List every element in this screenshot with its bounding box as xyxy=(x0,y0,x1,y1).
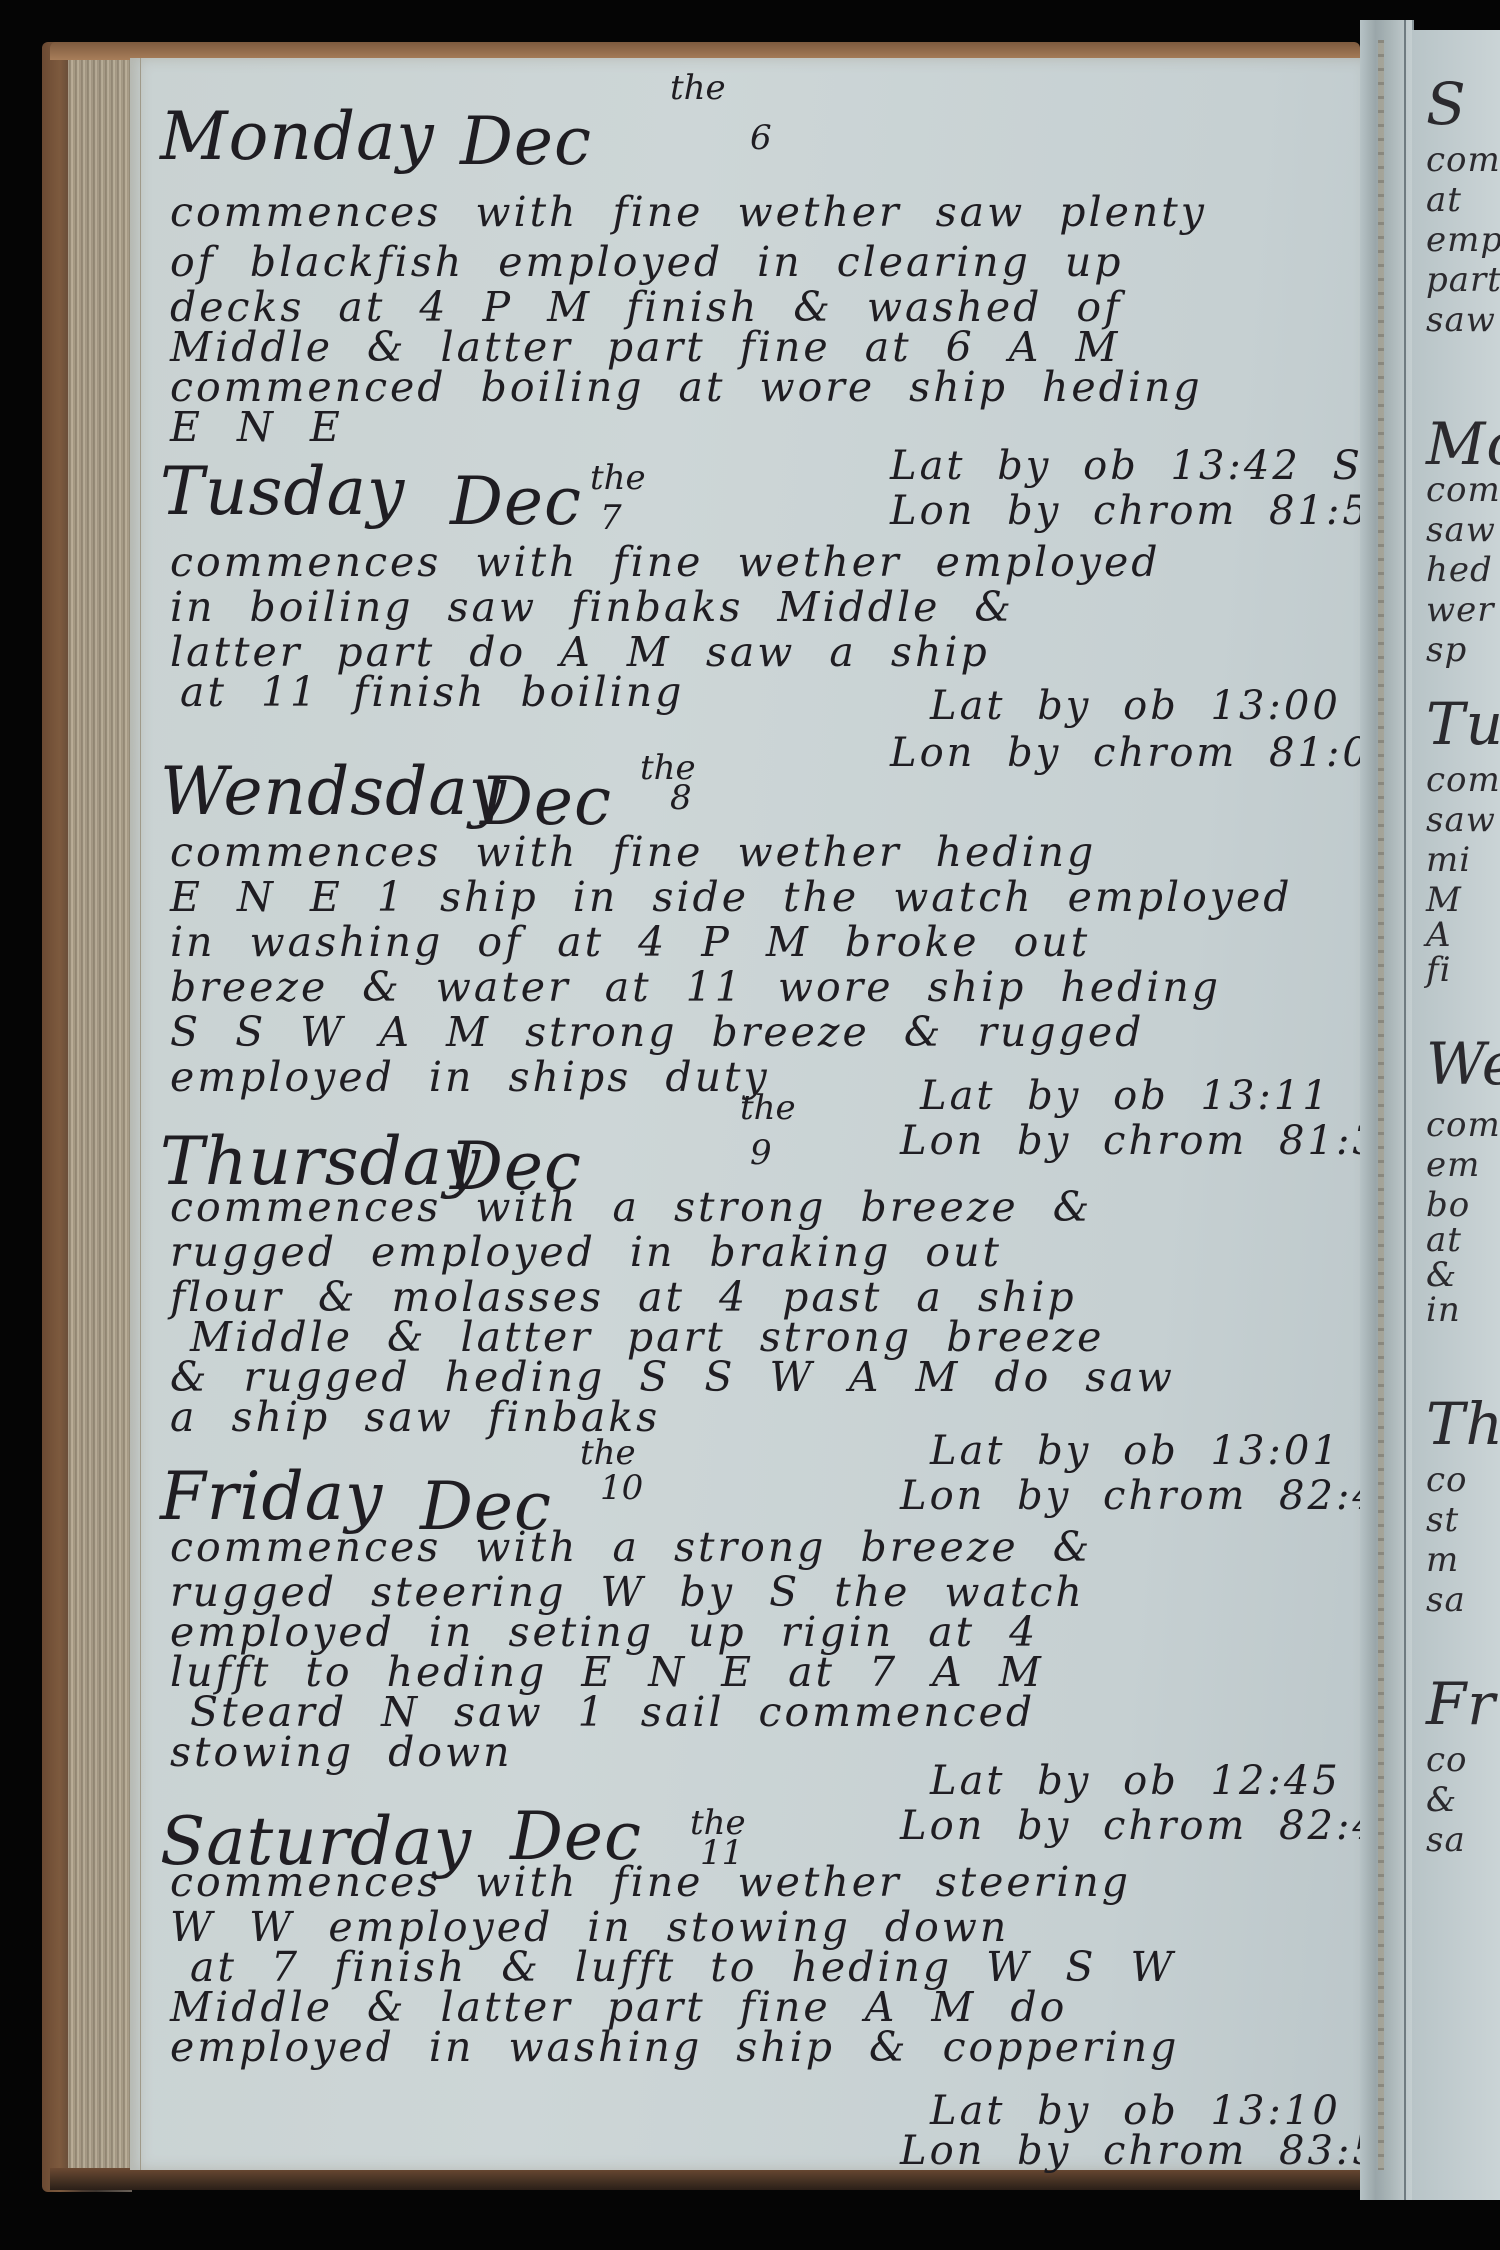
page-margin-rule xyxy=(140,58,141,2170)
entry-date-super: the xyxy=(670,68,726,108)
facing-text-fragment: part xyxy=(1426,260,1500,300)
entry-line: commences with a strong breeze & xyxy=(170,1183,1092,1231)
facing-text-fragment: saw xyxy=(1426,300,1496,340)
entry-date: 7 xyxy=(600,498,622,538)
position-longitude: Lon by chrom 81:03 xyxy=(890,730,1399,776)
facing-text-fragment: saw xyxy=(1426,510,1496,550)
facing-text-fragment: We xyxy=(1426,1030,1500,1098)
facing-text-fragment: bo xyxy=(1426,1185,1470,1225)
facing-text-fragment: hed xyxy=(1426,550,1493,590)
facing-text-fragment: comm xyxy=(1426,140,1500,180)
facing-text-fragment: in xyxy=(1426,1290,1461,1330)
facing-text-fragment: & xyxy=(1426,1255,1457,1295)
facing-text-fragment: sp xyxy=(1426,630,1467,670)
page-stack-edge xyxy=(68,56,138,2186)
facing-text-fragment: at xyxy=(1426,180,1462,220)
facing-text-fragment: wer xyxy=(1426,590,1494,630)
facing-text-fragment: com xyxy=(1426,1105,1500,1145)
entry-date: 6 xyxy=(750,118,772,158)
entry-day: Wendsday xyxy=(160,753,507,830)
position-longitude: Lon by chrom 82:48 xyxy=(900,1803,1409,1849)
facing-text-fragment: Mo xyxy=(1426,410,1500,478)
entry-line: employed in ships duty xyxy=(170,1053,770,1101)
gutter-fold-line xyxy=(1404,20,1406,2200)
facing-text-fragment: Tu xyxy=(1426,690,1500,758)
entry-date-super: the xyxy=(740,1088,796,1128)
facing-text-fragment: m xyxy=(1426,1540,1459,1580)
facing-text-fragment: S xyxy=(1426,70,1467,138)
position-latitude: Lat by ob 13:01 S xyxy=(930,1428,1403,1474)
entry-line: commences with fine wether heding xyxy=(170,828,1096,876)
entry-date-super: the xyxy=(580,1433,636,1473)
facing-text-fragment: mi xyxy=(1426,840,1471,880)
entry-line: commences with fine wether employed xyxy=(170,538,1160,586)
entry-line: S S W A M strong breeze & rugged xyxy=(170,1008,1144,1056)
entry-line: rugged employed in braking out xyxy=(170,1228,1002,1276)
entry-date: 9 xyxy=(750,1133,772,1173)
position-latitude: Lat by ob 13:11 xyxy=(920,1073,1331,1119)
position-latitude: Lat by ob 13:42 S xyxy=(890,443,1363,489)
facing-text-fragment: co xyxy=(1426,1460,1468,1500)
facing-text-fragment: M xyxy=(1426,880,1462,920)
position-latitude: Lat by ob 12:45 xyxy=(930,1758,1341,1804)
facing-text-fragment: Fr xyxy=(1426,1670,1496,1738)
facing-text-fragment: saw xyxy=(1426,800,1496,840)
facing-text-fragment: at xyxy=(1426,1220,1462,1260)
facing-text-fragment: empl xyxy=(1426,220,1500,260)
facing-text-fragment: fi xyxy=(1426,950,1451,990)
facing-text-fragment: co xyxy=(1426,1740,1468,1780)
entry-day: Tusday xyxy=(160,453,405,530)
entry-line: at 11 finish boiling xyxy=(180,668,684,716)
entry-line: stowing down xyxy=(170,1728,513,1776)
facing-text-fragment: em xyxy=(1426,1145,1480,1185)
entry-line: E N E 1 ship in side the watch employed xyxy=(170,873,1292,921)
facing-text-fragment: com xyxy=(1426,760,1500,800)
entry-date: 8 xyxy=(670,778,692,818)
position-latitude: Lat by ob 13:00 S xyxy=(930,683,1403,729)
entry-month: Dec xyxy=(450,463,582,540)
entry-date: 10 xyxy=(600,1468,643,1508)
position-longitude: Lon by chrom 82:48 xyxy=(900,1473,1409,1519)
facing-page-edge: S comm at empl part saw Mo com saw hed w… xyxy=(1412,30,1500,2200)
gutter-stain xyxy=(1378,40,1384,2170)
entry-day: Monday xyxy=(160,98,435,175)
logbook-page: Monday Dec the 6 commences with fine wet… xyxy=(130,58,1360,2170)
facing-text-fragment: A xyxy=(1426,915,1452,955)
entry-line: of blackfish employed in clearing up xyxy=(170,238,1124,286)
facing-text-fragment: & xyxy=(1426,1780,1457,1820)
entry-line: breeze & water at 11 wore ship heding xyxy=(170,963,1221,1011)
entry-line: employed in washing ship & coppering xyxy=(170,2023,1179,2071)
entry-line: in boiling saw finbaks Middle & xyxy=(170,583,1014,631)
entry-date-super: the xyxy=(590,458,646,498)
entry-line: commences with a strong breeze & xyxy=(170,1523,1092,1571)
entry-month: Dec xyxy=(460,103,592,180)
entry-line: commences with fine wether saw plenty xyxy=(170,188,1207,236)
facing-text-fragment: st xyxy=(1426,1500,1459,1540)
facing-text-fragment: sa xyxy=(1426,1820,1466,1860)
facing-text-fragment: Th xyxy=(1426,1390,1500,1458)
facing-text-fragment: com xyxy=(1426,470,1500,510)
facing-text-fragment: sa xyxy=(1426,1580,1466,1620)
entry-line: commences with fine wether steering xyxy=(170,1858,1131,1906)
entry-line: in washing of at 4 P M broke out xyxy=(170,918,1090,966)
position-longitude: Lon by chrom 81:33 xyxy=(900,1118,1409,1164)
entry-line: E N E xyxy=(170,403,343,451)
